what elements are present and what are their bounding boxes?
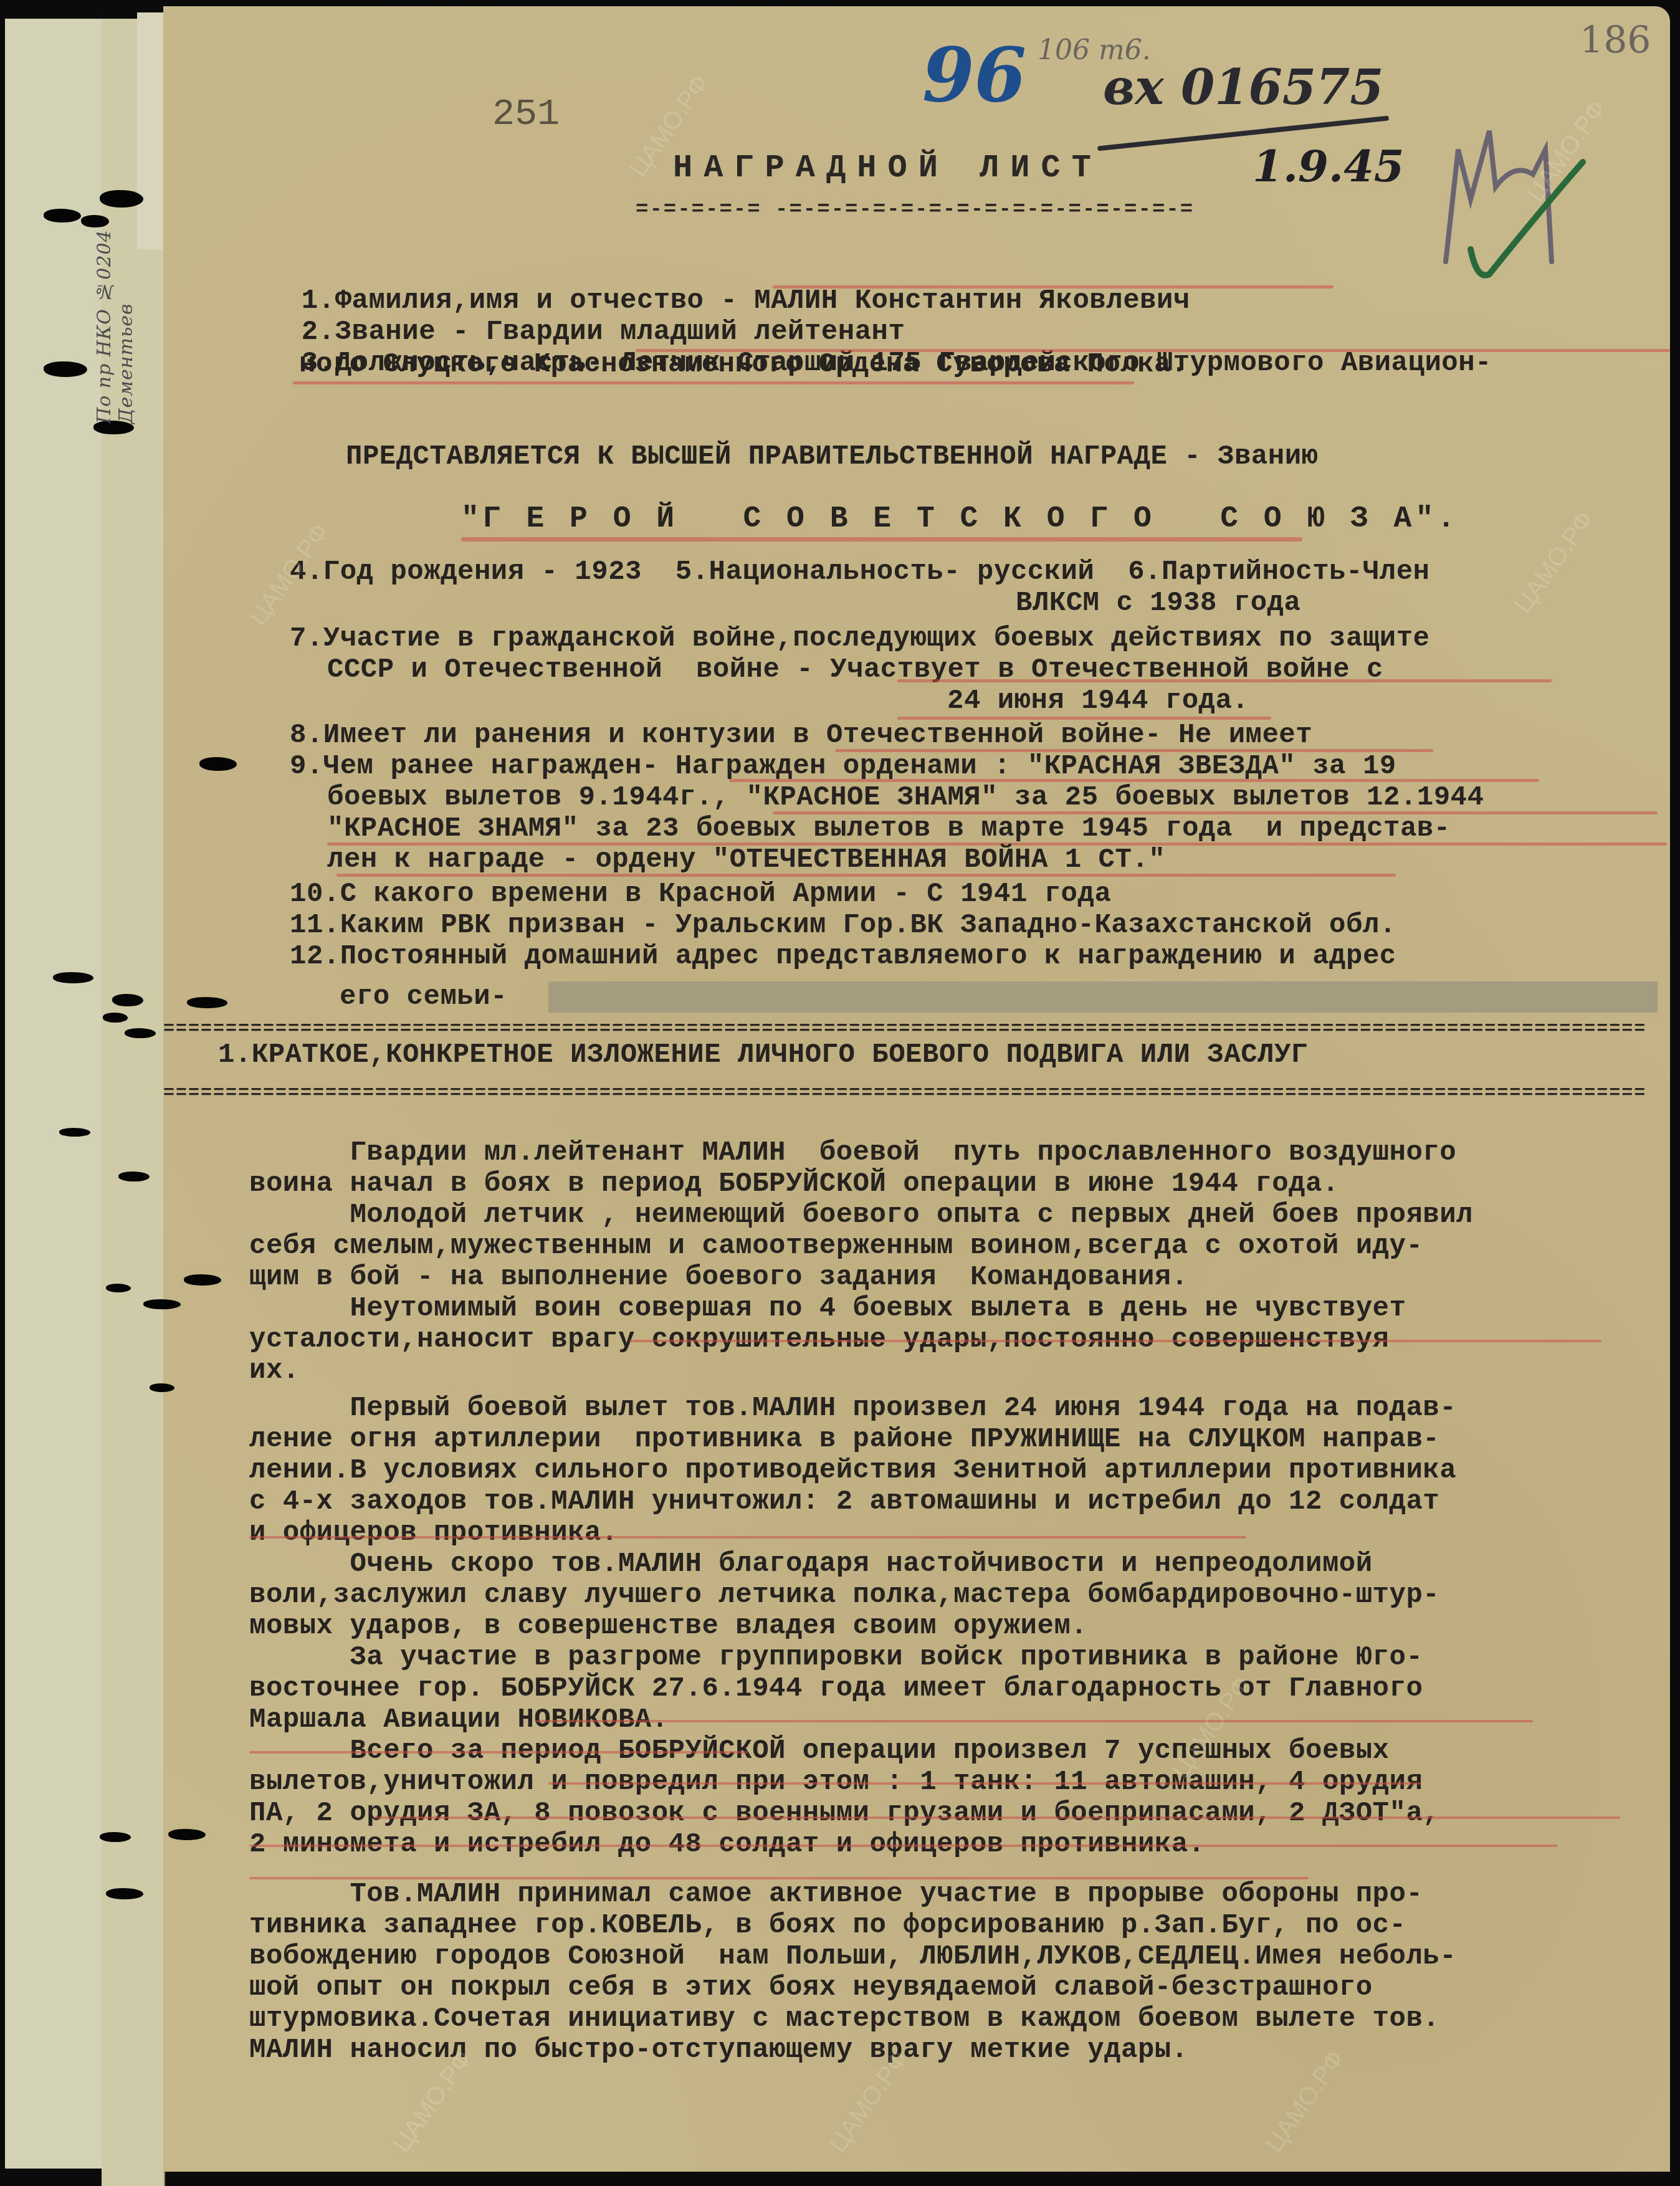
red-underline — [897, 679, 1552, 682]
punch-hole — [187, 997, 227, 1008]
body-spacer — [249, 1860, 1664, 1879]
red-underline — [461, 537, 1302, 542]
red-underline — [536, 1720, 1533, 1722]
red-underline — [548, 1782, 1421, 1785]
body-line: их. — [249, 1355, 1664, 1387]
body-line: Неутомимый воин совершая по 4 боевых выл… — [249, 1293, 1664, 1324]
section-rule-bottom: ========================================… — [163, 1083, 1646, 1104]
punch-hole — [112, 994, 143, 1006]
punch-hole — [44, 361, 87, 377]
red-underline — [249, 1877, 1309, 1879]
body-line: мовых ударов, в совершенстве владея свои… — [249, 1611, 1664, 1642]
punch-hole — [59, 1128, 90, 1137]
field-9-line-c: "КРАСНОЕ ЗНАМЯ" за 23 боевых вылетов в м… — [327, 813, 1451, 844]
body-line: восточнее гор. БОБРУЙСК 27.6.1944 года и… — [249, 1673, 1664, 1704]
field-4-5-6-line: 4.Год рождения - 1923 5.Национальность- … — [290, 556, 1430, 588]
field-7-line-c: 24 июня 1944 года. — [947, 685, 1249, 717]
red-underline — [629, 1340, 1601, 1342]
incoming-reference: вх 016575 — [1103, 59, 1384, 116]
body-line: шой опыт он покрыл себя в этих боях неув… — [249, 1972, 1664, 2003]
page-number: 186 — [1580, 19, 1651, 62]
body-line: МАЛИН наносил по быстро-отступающему вра… — [249, 2035, 1664, 2066]
archive-number: 251 — [492, 93, 560, 136]
punch-hole — [168, 1829, 206, 1840]
body-line: Тов.МАЛИН принимал самое активное участи… — [249, 1879, 1664, 1910]
red-underline — [249, 1751, 748, 1754]
date-handwritten: 1.9.45 — [1253, 140, 1405, 192]
binder-strip-outer — [5, 19, 103, 2169]
document-title: НАГРАДНОЙ ЛИСТ — [673, 150, 1102, 186]
punch-hole — [143, 1299, 181, 1309]
body-line: Гвардии мл.лейтенант МАЛИН боевой путь п… — [249, 1137, 1664, 1168]
body-line: и офицеров противника. — [249, 1517, 1664, 1549]
red-underline — [249, 1536, 1246, 1539]
title-underline: =-=-=-=-= -=-=-=-=-=-=-=-=-=-=-=-=-=-=-= — [636, 198, 1277, 222]
field-12-line-a: 12.Постоянный домашний адрес представляе… — [290, 941, 1396, 972]
punch-hole — [125, 1028, 156, 1038]
body-line: с 4-х заходов тов.МАЛИН уничтожил: 2 авт… — [249, 1486, 1664, 1517]
punch-hole — [106, 1888, 143, 1899]
blue-ink-number: 96 — [922, 31, 1026, 119]
body-line: Очень скоро тов.МАЛИН благодаря настойчи… — [249, 1549, 1664, 1580]
body-line: ление огня артиллерии противника в район… — [249, 1424, 1664, 1455]
red-underline — [249, 1845, 1558, 1847]
red-underline — [293, 381, 1134, 384]
field-6-continued: ВЛКСМ с 1938 года — [1016, 588, 1301, 619]
field-10-line: 10.С какого времени в Красной Армии - С … — [290, 879, 1111, 910]
field-8-line: 8.Имеет ли ранения и контузии в Отечеств… — [290, 720, 1312, 751]
body-line: штурмовика.Сочетая инициативу с мастерст… — [249, 2003, 1664, 2035]
red-underline — [374, 1816, 1620, 1819]
body-line: тивника западнее гор.КОВЕЛЬ, в боях по ф… — [249, 1910, 1664, 1941]
body-line: вобождению городов Союзной нам Польши, Л… — [249, 1941, 1664, 1972]
punch-hole — [53, 972, 93, 983]
body-line: За участие в разгроме группировки войск … — [249, 1642, 1664, 1673]
margin-handwritten-note: По пр НКО №0204 Дементьев — [93, 162, 131, 424]
punch-hole — [118, 1172, 150, 1181]
field-3-continued: ного Слуцкого Краснознаменного Ордена Су… — [299, 349, 1188, 380]
section-rule-top: ========================================… — [163, 1019, 1646, 1040]
body-line: щим в бой - на выполнение боевого задани… — [249, 1262, 1664, 1293]
punch-hole — [199, 757, 237, 771]
redacted-address — [548, 981, 1658, 1013]
body-line: лении.В условиях сильного противодействи… — [249, 1455, 1664, 1486]
field-9-line-b: боевых вылетов 9.1944г., "КРАСНОЕ ЗНАМЯ"… — [327, 782, 1484, 813]
body-line: воли,заслужил славу лучшего летчика полк… — [249, 1580, 1664, 1611]
body-line: Молодой летчик , неимеющий боевого опыта… — [249, 1200, 1664, 1231]
field-11-line: 11.Каким РВК призван - Уральским Гор.ВК … — [290, 910, 1396, 941]
punch-hole — [184, 1274, 221, 1286]
field-9-line-a: 9.Чем ранее награжден- Награжден орденам… — [290, 751, 1396, 782]
field-7-line-a: 7.Участие в гражданской войне,последующи… — [290, 623, 1430, 654]
section-heading: 1.КРАТКОЕ,КОНКРЕТНОЕ ИЗЛОЖЕНИЕ ЛИЧНОГО Б… — [218, 1039, 1308, 1071]
award-title: "Г Е Р О Й С О В Е Т С К О Г О С О Ю З А… — [461, 504, 1459, 535]
nomination-line: ПРЕДСТАВЛЯЕТСЯ К ВЫСШЕЙ ПРАВИТЕЛЬСТВЕННО… — [346, 441, 1318, 472]
punch-hole — [150, 1383, 174, 1392]
punch-hole — [44, 209, 81, 222]
checkmark-icon — [1464, 156, 1601, 293]
punch-hole — [103, 1013, 128, 1023]
narrative-body: Гвардии мл.лейтенант МАЛИН боевой путь п… — [249, 1137, 1664, 2066]
punch-hole — [106, 1284, 131, 1292]
punch-hole — [100, 1832, 131, 1842]
body-line: себя смелым,мужественным и самоотверженн… — [249, 1231, 1664, 1262]
field-9-line-d: лен к награде - ордену "ОТЕЧЕСТВЕННАЯ ВО… — [327, 844, 1165, 876]
red-underline — [336, 874, 1396, 877]
body-line: Первый боевой вылет тов.МАЛИН произвел 2… — [249, 1393, 1664, 1424]
body-line: воина начал в боях в период БОБРУЙСКОЙ о… — [249, 1168, 1664, 1200]
field-12-line-b: его семьи- — [340, 981, 507, 1013]
body-line: ПА, 2 орудия ЗА, 8 повозок с военными гр… — [249, 1798, 1664, 1829]
